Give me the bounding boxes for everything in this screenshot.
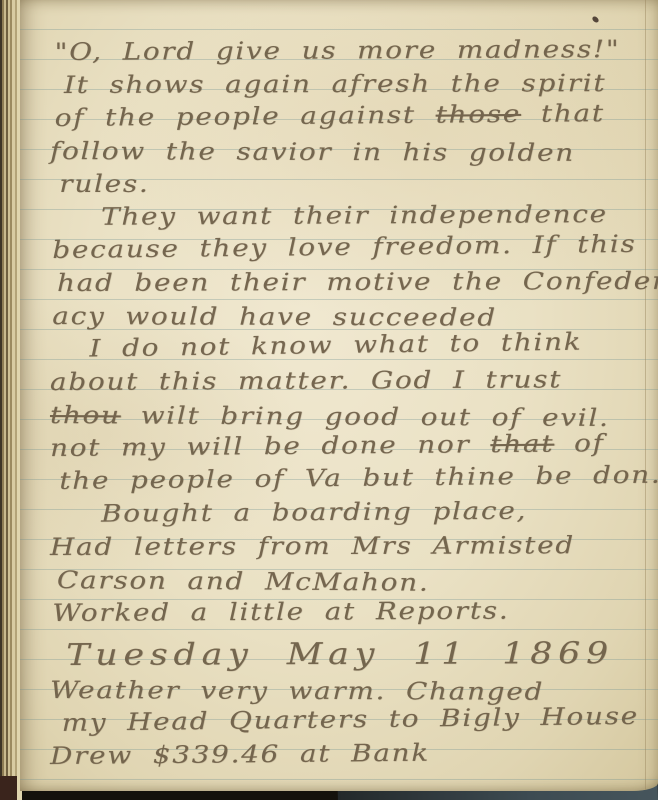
text-segment: rules. bbox=[59, 170, 149, 198]
text-segment: Tuesday May 11 1869 bbox=[66, 636, 614, 673]
struck-word: those bbox=[436, 100, 522, 129]
handwritten-line: rules. bbox=[50, 168, 658, 201]
date-heading-line: Tuesday May 11 1869 bbox=[50, 636, 658, 674]
handwritten-line: Drew $339.46 at Bank bbox=[50, 734, 658, 773]
text-segment: of the people against bbox=[55, 101, 436, 132]
handwritten-line: Bought a boarding place, bbox=[50, 493, 658, 531]
text-segment: the people of Va but thine be don. bbox=[59, 461, 658, 495]
text-segment: not my will be done nor bbox=[50, 430, 491, 462]
journal-page: "O, Lord give us more madness!"It shows … bbox=[20, 0, 658, 791]
text-segment: Carson and McMahon. bbox=[57, 566, 430, 597]
text-segment: Drew $339.46 at Bank bbox=[50, 739, 430, 770]
handwritten-line: "O, Lord give us more madness!" bbox=[50, 32, 658, 69]
struck-word: thou bbox=[50, 401, 121, 429]
text-segment: It shows again afresh the spirit bbox=[64, 69, 606, 99]
text-segment: Had letters from Mrs Armisted bbox=[50, 531, 575, 561]
text-segment: They want their independence bbox=[101, 200, 608, 231]
handwritten-line: the people of Va but thine be don. bbox=[50, 458, 658, 498]
journal-book-photo: "O, Lord give us more madness!"It shows … bbox=[0, 0, 658, 800]
text-segment: about this matter. God I trust bbox=[50, 365, 562, 396]
text-segment: had been their motive the Confeder- bbox=[57, 267, 658, 297]
text-segment: I do not know what to think bbox=[89, 328, 582, 363]
struck-word: that bbox=[490, 430, 554, 459]
text-segment: my Head Quarters to Bigly House bbox=[61, 702, 639, 737]
handwritten-line: Worked a little at Reports. bbox=[50, 593, 658, 630]
text-segment: Worked a little at Reports. bbox=[52, 597, 509, 627]
handwritten-line: because they love freedom. If this bbox=[50, 227, 658, 267]
text-segment: because they love freedom. If this bbox=[52, 230, 636, 264]
handwritten-line: had been their motive the Confeder- bbox=[50, 265, 658, 300]
text-segment: of bbox=[554, 429, 605, 457]
book-binding-edge bbox=[0, 0, 22, 800]
handwritten-text-block: "O, Lord give us more madness!"It shows … bbox=[50, 36, 642, 773]
handwritten-line: about this matter. God I trust bbox=[50, 362, 658, 399]
text-segment: Bought a boarding place, bbox=[101, 497, 527, 528]
handwritten-line: Had letters from Mrs Armisted bbox=[50, 529, 658, 564]
text-segment: "O, Lord give us more madness!" bbox=[55, 35, 621, 66]
handwritten-line: follow the savior in his golden bbox=[50, 135, 658, 170]
text-segment: that bbox=[521, 99, 605, 128]
handwritten-line: of the people against those that bbox=[50, 96, 658, 135]
text-segment: follow the savior in his golden bbox=[50, 137, 575, 167]
